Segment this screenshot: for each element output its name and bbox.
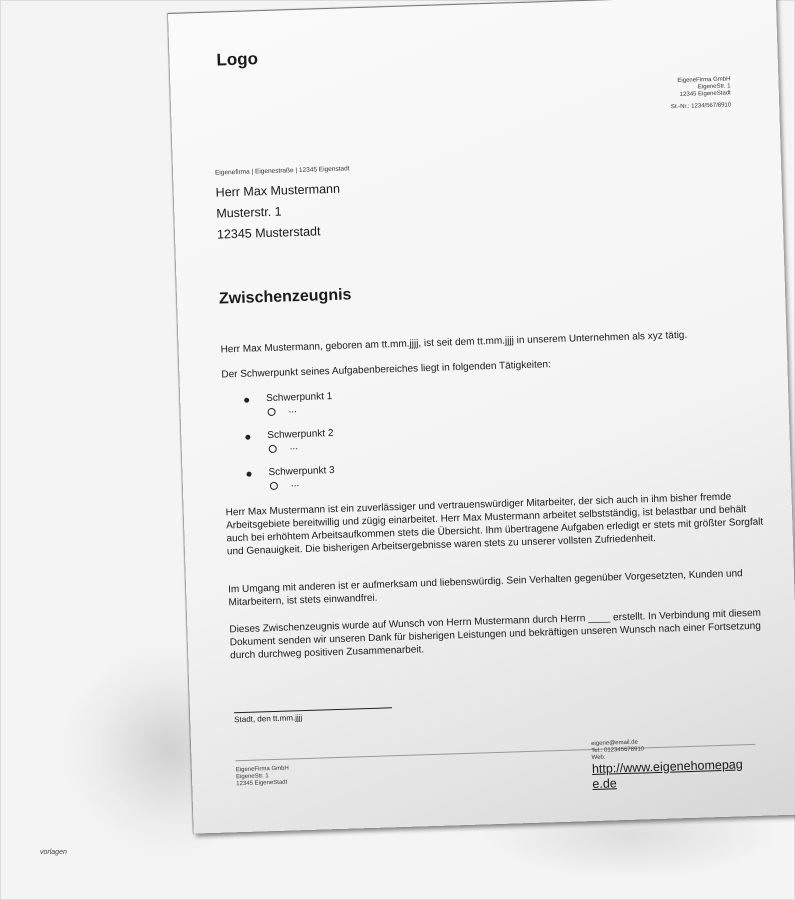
website-link[interactable]: http://www.eigenehomepage.de (592, 757, 753, 792)
circle-bullet-icon (270, 482, 278, 490)
place-date: Stadt, den tt.mm.jjjj (234, 713, 302, 724)
recipient-address: Herr Max Mustermann Musterstr. 1 12345 M… (215, 179, 341, 246)
sender-address-block: EigeneFirma GmbH EigeneStr. 1 12345 Eige… (670, 76, 731, 111)
footer-contact: eigene@email.de Tel.: 012345678910 Web: (591, 739, 644, 762)
focus-subitem: ... (290, 441, 299, 452)
letter-page: Logo EigeneFirma GmbH EigeneStr. 1 12345… (168, 0, 795, 834)
document-title: Zwischenzeugnis (219, 286, 352, 308)
logo: Logo (216, 49, 258, 70)
return-address: Eigenefirma | Eigenestraße | 12345 Eigen… (215, 165, 350, 176)
focus-intro: Der Schwerpunkt seines Aufgabenbereiches… (221, 353, 761, 381)
focus-label: Schwerpunkt 2 (267, 428, 333, 441)
focus-list: Schwerpunkt 1 ... Schwerpunkt 2 ... Schw… (244, 384, 547, 504)
focus-subitem: ... (288, 404, 297, 415)
focus-label: Schwerpunkt 3 (268, 465, 334, 478)
bullet-icon (246, 472, 251, 477)
recipient-city: 12345 Musterstadt (217, 221, 342, 246)
watermark: vorlagen (40, 849, 67, 856)
focus-subitem: ... (291, 478, 300, 489)
recipient-name: Herr Max Mustermann (215, 179, 340, 204)
conduct-paragraph: Im Umgang mit anderen ist er aufmerksam … (228, 566, 769, 609)
focus-label: Schwerpunkt 1 (266, 391, 332, 404)
sender-tax-id: St.-Nr.: 1234/567/8910 (671, 102, 732, 111)
circle-bullet-icon (269, 445, 277, 453)
signature-line (234, 707, 392, 713)
footer-address: EigeneFirma GmbH EigeneStr. 1 12345 Eige… (236, 766, 290, 789)
bullet-icon (244, 398, 249, 403)
bullet-icon (245, 435, 250, 440)
footer-city: 12345 EigeneStadt (236, 780, 289, 789)
closing-paragraph: Dieses Zwischenzeugnis wurde auf Wunsch … (229, 606, 770, 662)
sender-city: 12345 EigeneStadt (670, 90, 731, 99)
circle-bullet-icon (267, 408, 275, 416)
intro-paragraph: Herr Max Mustermann, geboren am tt.mm.jj… (220, 328, 760, 356)
